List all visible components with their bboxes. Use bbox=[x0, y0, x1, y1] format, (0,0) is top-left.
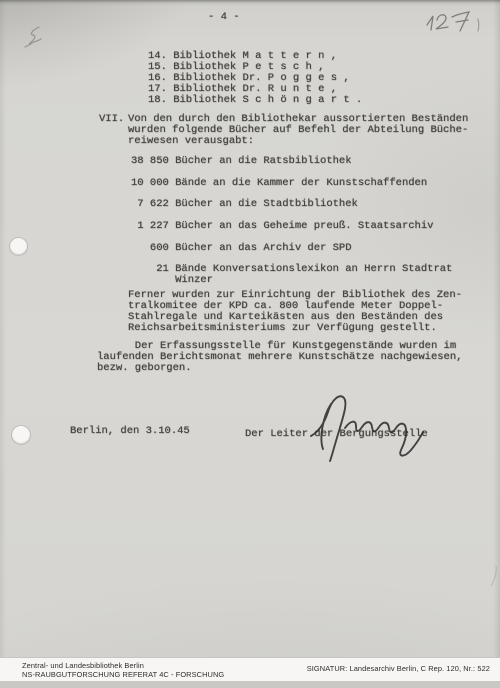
footer-institution: Zentral- und Landesbibliothek Berlin NS-… bbox=[22, 661, 224, 679]
page-number: - 4 - bbox=[208, 12, 240, 23]
allocation-line: 10 000 Bände an die Kammer der Kunstscha… bbox=[131, 178, 427, 189]
paragraph-line: Reichsarbeitsministeriums zur Verfügung … bbox=[128, 323, 437, 334]
footer-signatur-reference: SIGNATUR: Landesarchiv Berlin, C Rep. 12… bbox=[307, 664, 490, 673]
paragraph-line: bezw. geborgen. bbox=[97, 363, 192, 374]
pencil-mark-icon bbox=[25, 27, 41, 47]
section-vii-label: VII. bbox=[99, 114, 124, 125]
footer-institution-line1: Zentral- und Landesbibliothek Berlin bbox=[22, 661, 224, 670]
archive-footer: Zentral- und Landesbibliothek Berlin NS-… bbox=[0, 657, 500, 682]
library-list-item: 18. Bibliothek S c h ö n g a r t . bbox=[148, 95, 362, 106]
allocation-line: Winzer bbox=[131, 275, 213, 286]
scan-bottom-strip bbox=[0, 681, 500, 688]
handwritten-folio-number bbox=[427, 12, 479, 31]
signer-title-line: Der Leiter der Bergungsstelle bbox=[245, 429, 428, 440]
allocation-line: 600 Bücher an das Archiv der SPD bbox=[131, 243, 352, 254]
place-date-line: Berlin, den 3.10.45 bbox=[70, 426, 190, 437]
hole-punch-top bbox=[10, 238, 27, 255]
allocation-line: 1 227 Bücher an das Geheime preuß. Staat… bbox=[131, 221, 433, 232]
hole-punch-bottom bbox=[12, 426, 30, 444]
allocation-line: 38 850 Bücher an die Ratsbibliothek bbox=[131, 156, 352, 167]
scan-artifact-mark bbox=[491, 566, 496, 586]
intro-line: reiwesen verausgabt: bbox=[128, 136, 254, 147]
footer-institution-line2: NS-RAUBGUTFORSCHUNG REFERAT 4C - FORSCHU… bbox=[22, 670, 224, 679]
document-page: - 4 - 14. Bibliothek M a t t e r n , 15.… bbox=[0, 0, 500, 688]
allocation-line: 7 622 Bücher an die Stadtbibliothek bbox=[131, 199, 358, 210]
